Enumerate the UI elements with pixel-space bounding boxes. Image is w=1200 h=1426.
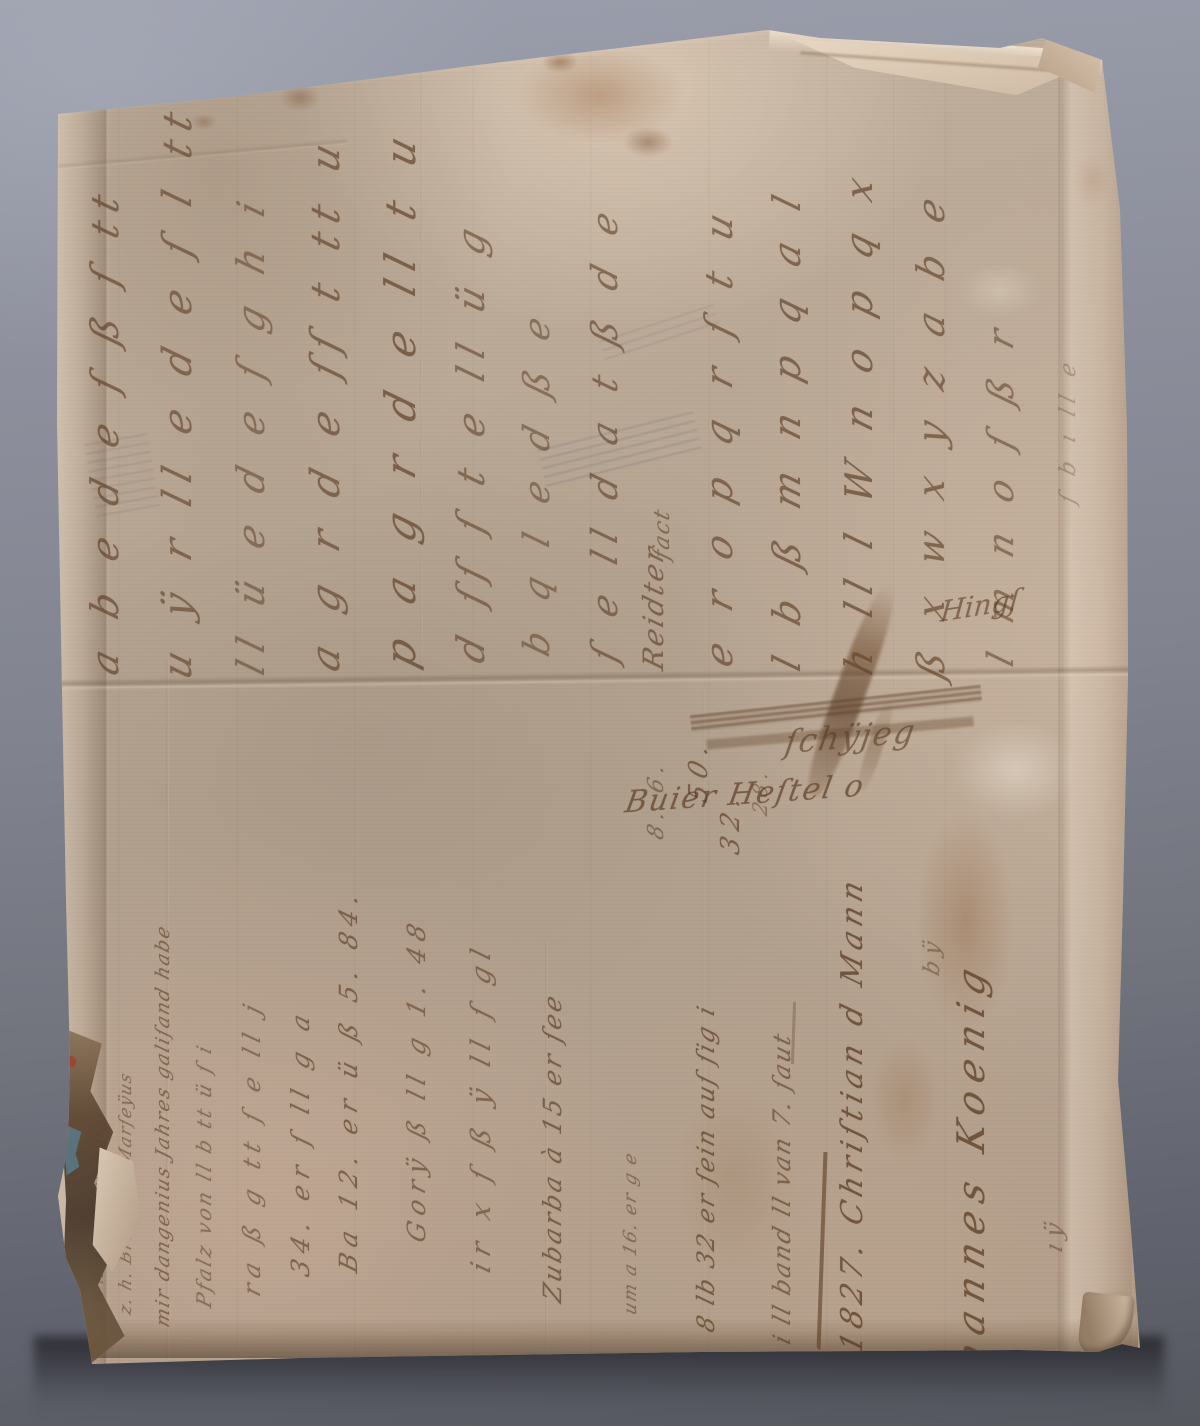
handwriting-column: ſ b ı ll e: [1058, 354, 1080, 506]
handwriting-column: 34. er ſ ll g a: [288, 1005, 313, 1280]
fore-edge: [1058, 58, 1132, 1358]
handwriting-column: d ſſ ſ t e ll ü g: [452, 213, 490, 667]
handwriting-column: a b e d e ſ ß ſ tt: [86, 180, 124, 679]
handwriting-column: Pfalz von ll b tt ü ſ i: [194, 1041, 214, 1310]
handwriting-column: bÿ: [922, 933, 944, 978]
handwriting-column: p a g r d e ll t u: [380, 120, 422, 672]
photo-of-manuscript-cover: a b e d e ſ ß ſ tt u ÿ r ll e d e ſ l tt…: [0, 0, 1200, 1426]
manuscript-cover: a b e d e ſ ß ſ tt u ÿ r ll e d e ſ l tt…: [0, 0, 1200, 1426]
handwriting-column: b q l e d ß e: [520, 303, 556, 660]
handwriting-column: ra ß g tt ſ e ll j: [240, 995, 264, 1299]
handwriting-column: a g r d e ſſ t tt u: [306, 128, 346, 675]
handwriting-column: ir x ſ ß ÿ ll ſ gl: [468, 939, 495, 1276]
handwriting-column: Gorÿ ß ll g 1. 48: [404, 914, 429, 1245]
handwriting-column: u ÿ r ll e d e ſ l tt: [158, 97, 198, 684]
date-line-1827: 1827. Chriſtian d Mann: [838, 872, 868, 1357]
signature-hannes-koenig: hannes Koenig: [952, 955, 990, 1373]
handwriting-column: e r o p q r ſ t u: [700, 198, 738, 671]
handwriting-word: Reidter: [640, 542, 668, 673]
handwriting-column: ıÿ: [1042, 1213, 1066, 1255]
handwriting-column: Ba 12. er ü ß 5. 84.: [336, 884, 361, 1275]
handwriting-column: um a 16. er g e: [622, 1150, 640, 1318]
handwriting-column: ſ e ll d a t ß d e: [588, 198, 624, 666]
handwriting-word: fact: [652, 506, 674, 563]
handwriting-column: mir dangenius Jahres galiſand habe: [154, 922, 173, 1329]
handwriting-column: i ll band ll van 7. ſaut: [770, 1029, 794, 1347]
handwriting-column: 8 lb 32 er ſein auſ ſig i: [694, 1002, 718, 1335]
handwriting-column: l b ß m n p q a l: [768, 181, 806, 675]
handwriting-column: Zubarba à 15 er ſee: [540, 990, 565, 1306]
handwriting-column: ll ü e d e ſ g h i: [232, 187, 270, 679]
